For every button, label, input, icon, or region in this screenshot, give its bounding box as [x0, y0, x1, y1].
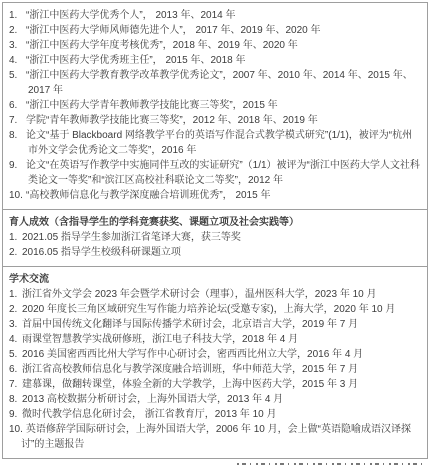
list-item: 10.英语修辞学国际研讨会，上海外国语大学，2006 年 10 月，会上做“英语…: [9, 422, 420, 452]
item-text: “高校教师信息化与教学深度融合培训班优秀”， 2015 年: [26, 190, 270, 201]
item-text: 浙江省高校教师信息化与教学深度融合培训班，华中师范大学，2015 年 7 月: [22, 364, 358, 375]
list-item: 2.2016.05 指导学生校级科研课题立项: [9, 245, 420, 260]
item-text: 英语修辞学国际研讨会，上海外国语大学，2006 年 10 月，会上做“英语隐喻成…: [21, 424, 411, 450]
list-item: 9.论文“在英语写作教学中实施同伴互改的实证研究”（1/1）被评为“浙江中医药大…: [9, 158, 420, 188]
item-number: 5.: [9, 347, 19, 362]
item-number: 9.: [9, 158, 26, 173]
list-item: 6.“浙江中医药大学青年教师教学技能比赛三等奖”，2015 年: [9, 98, 420, 113]
item-number: 3.: [9, 317, 19, 332]
item-text: “浙江中医药大学年度考核优秀”，2018 年、2019 年、2020 年: [26, 40, 298, 51]
profile-table: 1.“浙江中医药大学优秀个人”， 2013 年、2014 年2.“浙江中医药大学…: [2, 2, 428, 459]
item-text: 微时代教学信息化研讨会， 浙江省教育厅，2013 年 10 月: [22, 409, 276, 420]
academic-list: 1.浙江省外文学会 2023 年会暨学术研讨会（理事），温州医科大学，2023 …: [9, 287, 420, 452]
list-item: 9.微时代教学信息化研讨会， 浙江省教育厅，2013 年 10 月: [9, 407, 420, 422]
item-text: 2016.05 指导学生校级科研课题立项: [22, 247, 181, 258]
item-number: 1.: [9, 8, 26, 23]
item-number: 3.: [9, 38, 26, 53]
item-number: 2.: [9, 302, 19, 317]
item-number: 1.: [9, 287, 19, 302]
list-item: 3.首届中国传统文化翻译与国际传播学术研讨会，北京语言大学，2019 年 7 月: [9, 317, 420, 332]
item-number: 7.: [9, 113, 26, 128]
document-page: 1.“浙江中医药大学优秀个人”， 2013 年、2014 年2.“浙江中医药大学…: [0, 0, 432, 468]
nurturing-section: 育人成效（含指导学生的学科竞赛获奖、课题立项及社会实践等） 1.2021.05 …: [3, 209, 427, 266]
list-item: 2.“浙江中医药大学师风师德先进个人”， 2017 年、2019 年、2020 …: [9, 23, 420, 38]
item-text: “浙江中医药大学优秀班主任”， 2015 年、2018 年: [26, 55, 246, 66]
item-text: 雨课堂智慧教学实战研修班，浙江电子科技大学，2018 年 4 月: [22, 334, 298, 345]
item-number: 2.: [9, 245, 19, 260]
awards-list: 1.“浙江中医药大学优秀个人”， 2013 年、2014 年2.“浙江中医药大学…: [9, 8, 420, 203]
item-text: “浙江中医药大学师风师德先进个人”， 2017 年、2019 年、2020 年: [26, 25, 321, 36]
item-text: 2016 美国密西西比州大学写作中心研讨会，密西西比州立大学，2016 年 4 …: [22, 349, 363, 360]
item-number: 7.: [9, 377, 19, 392]
nurturing-list: 1.2021.05 指导学生参加浙江省笔译大赛，获三等奖2.2016.05 指导…: [9, 230, 420, 260]
item-number: 10.: [9, 188, 26, 203]
item-text: “浙江中医药大学教育教学改革教学优秀论文”，2007 年、2010 年、2014…: [26, 70, 413, 96]
item-number: 6.: [9, 362, 19, 377]
list-item: 5.“浙江中医药大学教育教学改革教学优秀论文”，2007 年、2010 年、20…: [9, 68, 420, 98]
list-item: 10.“高校教师信息化与教学深度融合培训班优秀”， 2015 年: [9, 188, 420, 203]
item-text: 建慕课，做翻转课堂，体验全新的大学教学，上海中医药大学，2015 年 3 月: [22, 379, 358, 390]
item-text: 首届中国传统文化翻译与国际传播学术研讨会，北京语言大学，2019 年 7 月: [22, 319, 358, 330]
list-item: 3.“浙江中医药大学年度考核优秀”，2018 年、2019 年、2020 年: [9, 38, 420, 53]
item-number: 6.: [9, 98, 26, 113]
item-number: 4.: [9, 53, 26, 68]
item-text: 论文“在英语写作教学中实施同伴互改的实证研究”（1/1）被评为“浙江中医药大学人…: [26, 160, 420, 186]
item-number: 4.: [9, 332, 19, 347]
item-text: 2020 年度长三角区域研究生写作能力培养论坛(受邀专家)，上海大学，2020 …: [22, 304, 395, 315]
item-text: 浙江省外文学会 2023 年会暨学术研讨会（理事），温州医科大学，2023 年 …: [22, 289, 377, 300]
item-number: 1.: [9, 230, 19, 245]
list-item: 1.“浙江中医药大学优秀个人”， 2013 年、2014 年: [9, 8, 420, 23]
item-text: “浙江中医药大学优秀个人”， 2013 年、2014 年: [26, 10, 236, 21]
item-text: “浙江中医药大学青年教师教学技能比赛三等奖”，2015 年: [26, 100, 278, 111]
awards-section: 1.“浙江中医药大学优秀个人”， 2013 年、2014 年2.“浙江中医药大学…: [3, 3, 427, 209]
list-item: 4.“浙江中医药大学优秀班主任”， 2015 年、2018 年: [9, 53, 420, 68]
item-number: 5.: [9, 68, 26, 83]
list-item: 4.雨课堂智慧教学实战研修班，浙江电子科技大学，2018 年 4 月: [9, 332, 420, 347]
clipped-text-artifact: [237, 463, 423, 467]
item-text: 2013 高校数据分析研讨会，上海外国语大学，2013 年 4 月: [22, 394, 283, 405]
list-item: 6.浙江省高校教师信息化与教学深度融合培训班，华中师范大学，2015 年 7 月: [9, 362, 420, 377]
academic-heading: 学术交流: [9, 272, 420, 287]
list-item: 8.2013 高校数据分析研讨会，上海外国语大学，2013 年 4 月: [9, 392, 420, 407]
item-number: 2.: [9, 23, 26, 38]
list-item: 7.学院“青年教师教学技能比赛三等奖”，2012 年、2018 年、2019 年: [9, 113, 420, 128]
item-text: 论文“基于 Blackboard 网络教学平台的英语写作混合式教学模式研究”(1…: [26, 130, 412, 156]
list-item: 7.建慕课，做翻转课堂，体验全新的大学教学，上海中医药大学，2015 年 3 月: [9, 377, 420, 392]
item-number: 9.: [9, 407, 19, 422]
list-item: 2.2020 年度长三角区域研究生写作能力培养论坛(受邀专家)，上海大学，202…: [9, 302, 420, 317]
nurturing-heading: 育人成效（含指导学生的学科竞赛获奖、课题立项及社会实践等）: [9, 215, 420, 230]
list-item: 1.2021.05 指导学生参加浙江省笔译大赛，获三等奖: [9, 230, 420, 245]
list-item: 1.浙江省外文学会 2023 年会暨学术研讨会（理事），温州医科大学，2023 …: [9, 287, 420, 302]
list-item: 5.2016 美国密西西比州大学写作中心研讨会，密西西比州立大学，2016 年 …: [9, 347, 420, 362]
item-number: 10.: [9, 422, 23, 437]
list-item: 8.论文“基于 Blackboard 网络教学平台的英语写作混合式教学模式研究”…: [9, 128, 420, 158]
academic-section: 学术交流 1.浙江省外文学会 2023 年会暨学术研讨会（理事），温州医科大学，…: [3, 266, 427, 458]
item-number: 8.: [9, 128, 26, 143]
item-text: 2021.05 指导学生参加浙江省笔译大赛，获三等奖: [22, 232, 241, 243]
item-number: 8.: [9, 392, 19, 407]
item-text: 学院“青年教师教学技能比赛三等奖”，2012 年、2018 年、2019 年: [26, 115, 318, 126]
